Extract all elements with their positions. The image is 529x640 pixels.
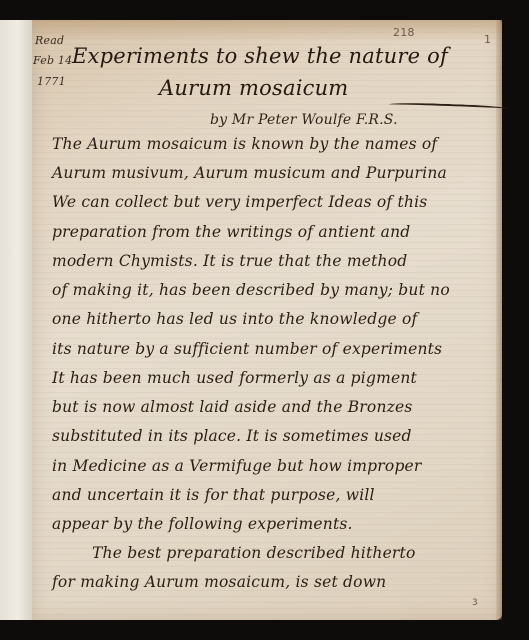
margin-note-date: Feb 14: [33, 55, 72, 66]
paper-stain: [32, 20, 502, 42]
body-line: It has been much used formerly as a pigm…: [52, 369, 417, 387]
body-line: appear by the following experiments.: [52, 515, 353, 533]
binding-strip: [0, 20, 32, 620]
body-line: and uncertain it is for that purpose, wi…: [52, 486, 375, 504]
body-line: of making it, has been described by many…: [52, 281, 450, 299]
title-line-1: Experiments to shew the nature of: [72, 44, 448, 68]
title-line-2: Aurum mosaicum: [159, 76, 348, 100]
catchword-mark: 3: [472, 598, 478, 608]
folio-number: 218: [393, 26, 415, 39]
scan-frame: Read Feb 14 1771 218 1 Experiments to sh…: [0, 0, 529, 640]
margin-note-year: 1771: [37, 76, 66, 87]
manuscript-page: Read Feb 14 1771 218 1 Experiments to sh…: [32, 20, 502, 620]
title-flourish: [389, 102, 509, 111]
body-line: Aurum musivum, Aurum musicum and Purpuri…: [52, 164, 447, 182]
body-line: one hitherto has led us into the knowled…: [52, 310, 417, 328]
author-byline: by Mr Peter Woulfe F.R.S.: [210, 112, 398, 128]
body-line: for making Aurum mosaicum, is set down: [52, 573, 386, 591]
body-line: but is now almost laid aside and the Bro…: [52, 398, 413, 416]
body-line: modern Chymists. It is true that the met…: [52, 252, 407, 270]
body-line: in Medicine as a Vermifuge but how impro…: [52, 457, 422, 475]
body-line: The Aurum mosaicum is known by the names…: [52, 135, 437, 153]
page-mark: 1: [484, 33, 491, 46]
body-line: We can collect but very imperfect Ideas …: [52, 193, 427, 211]
body-line: its nature by a sufficient number of exp…: [52, 340, 442, 358]
margin-note-read: Read: [35, 35, 64, 46]
body-line: substituted in its place. It is sometime…: [52, 427, 412, 445]
body-line-indented: The best preparation described hitherto: [92, 544, 416, 562]
body-line: preparation from the writings of antient…: [52, 223, 410, 241]
